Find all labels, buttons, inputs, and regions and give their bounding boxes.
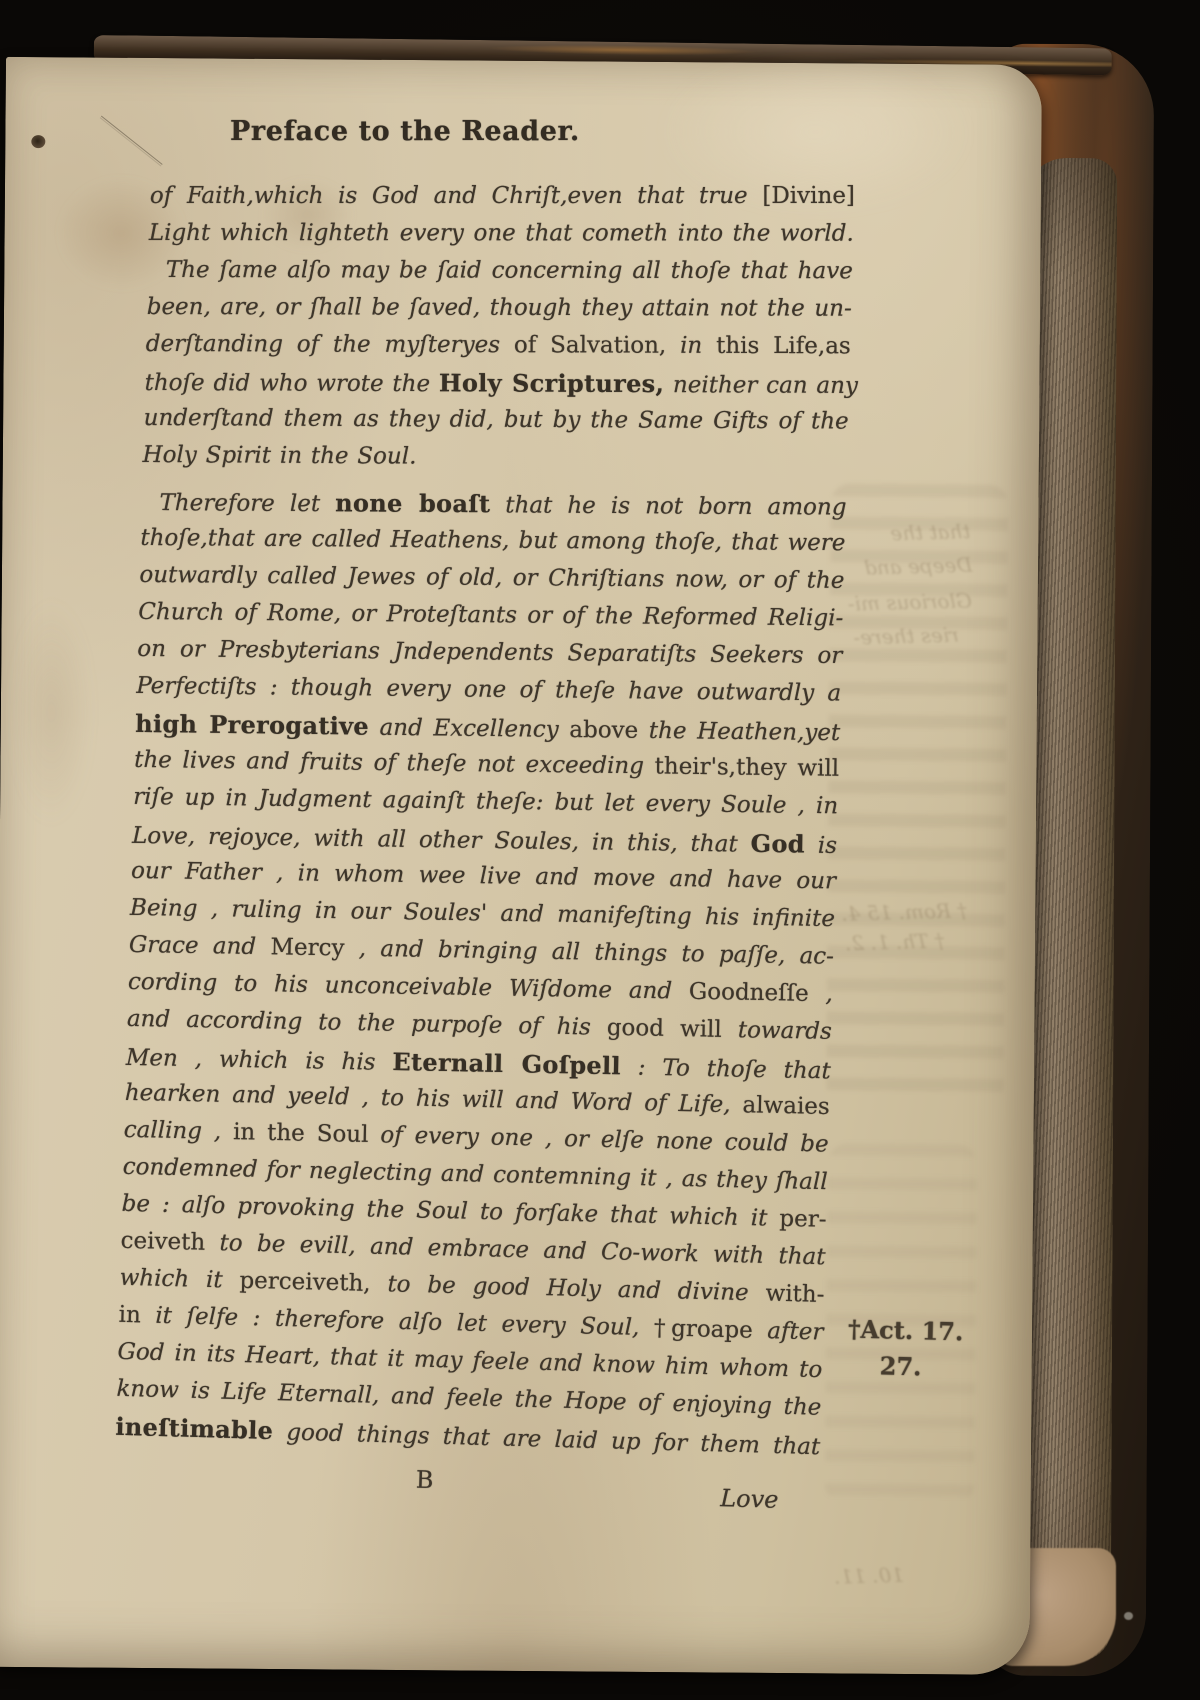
text-segment: underſtand them as they did, but by the … — [144, 405, 849, 435]
text-segment: Eternall Goſpell — [392, 1047, 621, 1080]
text-line: The ſame alſo may be ſaid concerning all… — [148, 252, 853, 290]
text-segment: in — [666, 333, 716, 359]
text-segment: to be good Holy and divine — [370, 1271, 766, 1307]
text-line: thoſe did who wrote the Holy Scriptures,… — [145, 363, 850, 403]
text-segment: been, are, or ſhall be ſaved, though the… — [147, 294, 852, 322]
text-line: Light which lighteth every one that come… — [149, 215, 854, 253]
page-title: Preface to the Reader. — [52, 116, 757, 147]
body-text: of Faith,which is God and Chriſt,even th… — [140, 178, 855, 1450]
text-segment: Being , ruling in our Soules' and manife… — [130, 895, 835, 932]
text-segment: Light which lighteth every one that come… — [149, 220, 854, 247]
text-segment: God — [750, 829, 805, 859]
text-segment: riſe up in Judgment againſt theſe: but l… — [133, 784, 838, 819]
text-segment: and according to the purpoſe of his — [127, 1006, 607, 1041]
text-segment: Love, rejoyce, with all other Soules, in… — [132, 823, 751, 858]
signature-row: B Love — [115, 1457, 821, 1517]
text-segment: that he is not born among — [490, 492, 846, 520]
text-segment: , and bringing all things to paſſe, ac- — [344, 935, 834, 969]
text-segment: which it — [119, 1265, 240, 1294]
text-segment: of every one , or elſe none could be — [368, 1122, 829, 1158]
text-segment: good will — [607, 1015, 722, 1043]
text-segment: perceiveth, — [239, 1268, 371, 1297]
text-segment: Holy Spirit in the Soul. — [143, 442, 417, 470]
text-segment: per- — [779, 1206, 827, 1233]
text-segment: on or Presbyterians Jndependents Separat… — [137, 636, 842, 669]
catchword: Love — [720, 1484, 779, 1514]
text-segment: towards — [722, 1017, 833, 1045]
text-segment: The ſame alſo may be ſaid concerning all… — [166, 257, 853, 284]
text-segment: the lives and fruits of theſe not exceed… — [134, 747, 655, 780]
margin-note-scripture-ref: †Act. 17. — [848, 1315, 964, 1347]
text-segment: and Excellency — [369, 715, 570, 743]
text-segment: good things that are laid up for them th… — [273, 1419, 821, 1460]
text-segment: high Prerogative — [135, 709, 369, 741]
text-segment: Holy Scriptures, — [439, 368, 664, 398]
text-segment: alwaies — [742, 1092, 830, 1120]
text-segment: our Father , in whom wee live and move a… — [131, 858, 836, 895]
text-segment: their's,they will — [654, 753, 839, 781]
text-segment: Grace and — [129, 932, 271, 960]
text-segment: with- — [765, 1280, 824, 1307]
text-segment: Goodneſſe — [689, 979, 809, 1007]
text-segment: the Heathen,yet — [638, 718, 840, 746]
text-segment: thoſe,that are called Heathens, but amon… — [140, 525, 845, 556]
text-segment: ineſtimable — [115, 1412, 274, 1445]
margin-note-scripture-ref-2: 27. — [879, 1351, 921, 1381]
wormhole-dot — [31, 135, 45, 148]
text-segment: after — [752, 1318, 823, 1346]
backdrop-speck — [1124, 1612, 1133, 1620]
text-line: of Faith,which is God and Chriſt,even th… — [150, 178, 855, 215]
text-segment: cording to his unconceivable Wiſdome and — [128, 969, 689, 1005]
text-segment: Mercy — [270, 934, 344, 961]
text-segment: above — [569, 717, 638, 744]
page-stain — [8, 597, 95, 828]
text-segment: Church of Rome, or Proteſtants or of the… — [138, 599, 843, 632]
text-line: been, are, or ſhall be ſaved, though the… — [147, 289, 852, 328]
text-segment: derſtanding of the myſteryes — [146, 331, 514, 358]
text-line: underſtand them as they did, but by the … — [144, 400, 849, 441]
text-line: derſtanding of the myſteryes of Salvatio… — [146, 326, 851, 365]
text-segment: neither can any — [664, 372, 858, 399]
text-segment: Men , which is his — [126, 1045, 393, 1076]
text-line: thoſe,that are called Heathens, but amon… — [140, 520, 845, 562]
text-segment: of Salvation, — [514, 332, 666, 359]
text-segment: is — [805, 833, 838, 859]
text-line: Therefore let none boaſt that he is not … — [141, 483, 846, 525]
text-segment: in — [118, 1302, 141, 1329]
text-segment: in the Soul — [233, 1119, 369, 1148]
text-segment: hearken and yeeld , to his will and Word… — [125, 1080, 743, 1118]
book-page: that theDeepe andGlorious mi-ries there-… — [0, 57, 1042, 1675]
text-segment: calling , — [124, 1117, 234, 1145]
photo-backdrop: { "colors": { "backdrop": "#0a0806", "pa… — [0, 0, 1200, 1700]
text-line: Church of Rome, or Proteſtants or of the… — [138, 594, 843, 638]
text-segment: Therefore let — [159, 490, 335, 517]
gathering-signature: B — [416, 1466, 434, 1494]
ink-bleedthrough-area — [826, 483, 1009, 1104]
text-segment: , — [808, 981, 833, 1007]
text-segment: of Faith,which is God and Chriſt,even th… — [150, 183, 762, 209]
bleedthrough-text: 10. 11. — [834, 1563, 905, 1589]
text-line: outwardly called Jewes of old, or Chriſt… — [139, 557, 844, 600]
text-segment: [Divine] — [762, 183, 855, 209]
text-segment: this Life,as — [716, 333, 851, 359]
text-segment: none boaſt — [335, 488, 490, 518]
text-segment: ceiveth — [120, 1228, 205, 1256]
text-segment: : To thoſe that — [621, 1054, 831, 1084]
text-segment: †groape — [654, 1315, 753, 1343]
text-segment: Perfectiſts : though every one of theſe … — [136, 673, 841, 707]
text-segment: outwardly called Jewes of old, or Chriſt… — [139, 562, 844, 594]
text-segment: thoſe did who wrote the — [145, 370, 439, 397]
text-line: Holy Spirit in the Soul. — [142, 437, 847, 478]
